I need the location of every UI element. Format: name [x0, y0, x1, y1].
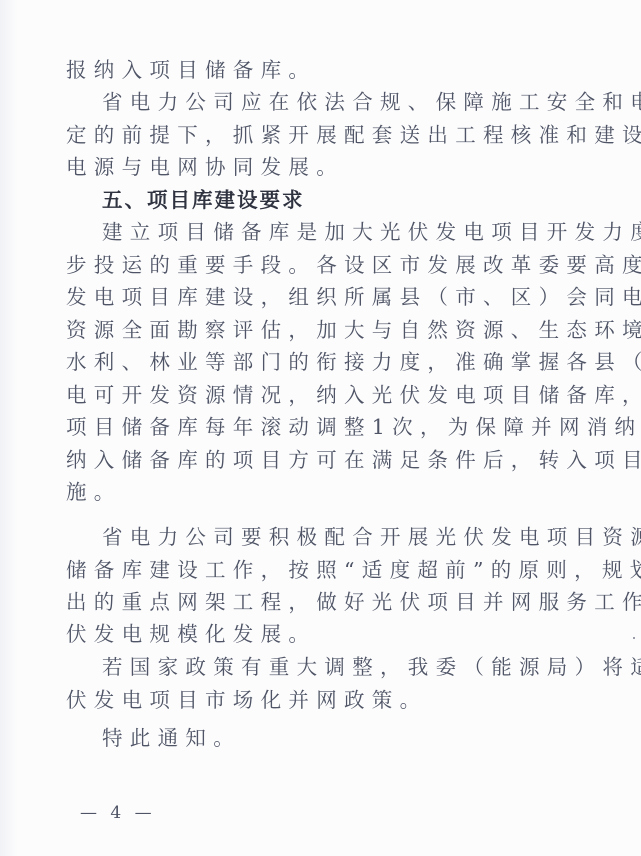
text-line: 储备库建设工作，按照“适度超前”的原则，规划布局服务光伏送 — [66, 556, 586, 584]
text-line: 建立项目储备库是加大光伏发电项目开发力度，统筹源网同 — [102, 218, 622, 246]
text-line: 报纳入项目储备库。 — [66, 56, 586, 84]
margin-mark — [633, 105, 635, 107]
page-number: — 4 — — [80, 802, 156, 824]
text-line: 省电力公司要积极配合开展光伏发电项目资源摸排和项目 — [102, 523, 622, 551]
document-page: 报纳入项目储备库。 省电力公司应在依法合规、保障施工安全和电力系统安全稳 定的前… — [0, 0, 641, 856]
margin-mark — [633, 130, 635, 132]
page-edge — [0, 0, 18, 856]
text-line: 资源全面勘察评估，加大与自然资源、生态环境、住房城乡建设、 — [66, 316, 586, 344]
text-line: 项目储备库每年滚动调整1次，为保障并网消纳，只有在上年度 — [66, 413, 586, 441]
text-line: 伏发电规模化发展。 — [66, 620, 586, 648]
text-line: 出的重点网架工程，做好光伏项目并网服务工作，进一步推动光 — [66, 588, 586, 616]
text-line: 水利、林业等部门的衔接力度，准确掌握各县（市、区）光伏发 — [66, 348, 586, 376]
text-line: 电可开发资源情况，纳入光伏发电项目储备库，做到清单化管理。 — [66, 381, 586, 409]
text-line: 步投运的重要手段。各设区市发展改革委要高度重视集中式光伏 — [66, 251, 586, 279]
text-line: 特此通知。 — [102, 724, 622, 752]
text-line: 伏发电项目市场化并网政策。 — [66, 686, 586, 714]
margin-mark — [633, 637, 635, 639]
text-line: 发电项目库建设，组织所属县（市、区）会同电网企业开展光伏 — [66, 283, 586, 311]
text-line: 若国家政策有重大调整，我委（能源局）将适时调整我省光 — [102, 653, 622, 681]
margin-mark — [633, 662, 635, 664]
text-line: 省电力公司应在依法合规、保障施工安全和电力系统安全稳 — [102, 88, 622, 116]
text-line: 定的前提下，抓紧开展配套送出工程核准和建设工作，努力做到 — [66, 121, 586, 149]
text-line: 电源与电网协同发展。 — [66, 153, 586, 181]
text-line: 施。 — [66, 478, 586, 506]
section-heading: 五、项目库建设要求 — [102, 186, 622, 214]
text-line: 纳入储备库的项目方可在满足条件后，转入项目实施库组织实 — [66, 446, 586, 474]
